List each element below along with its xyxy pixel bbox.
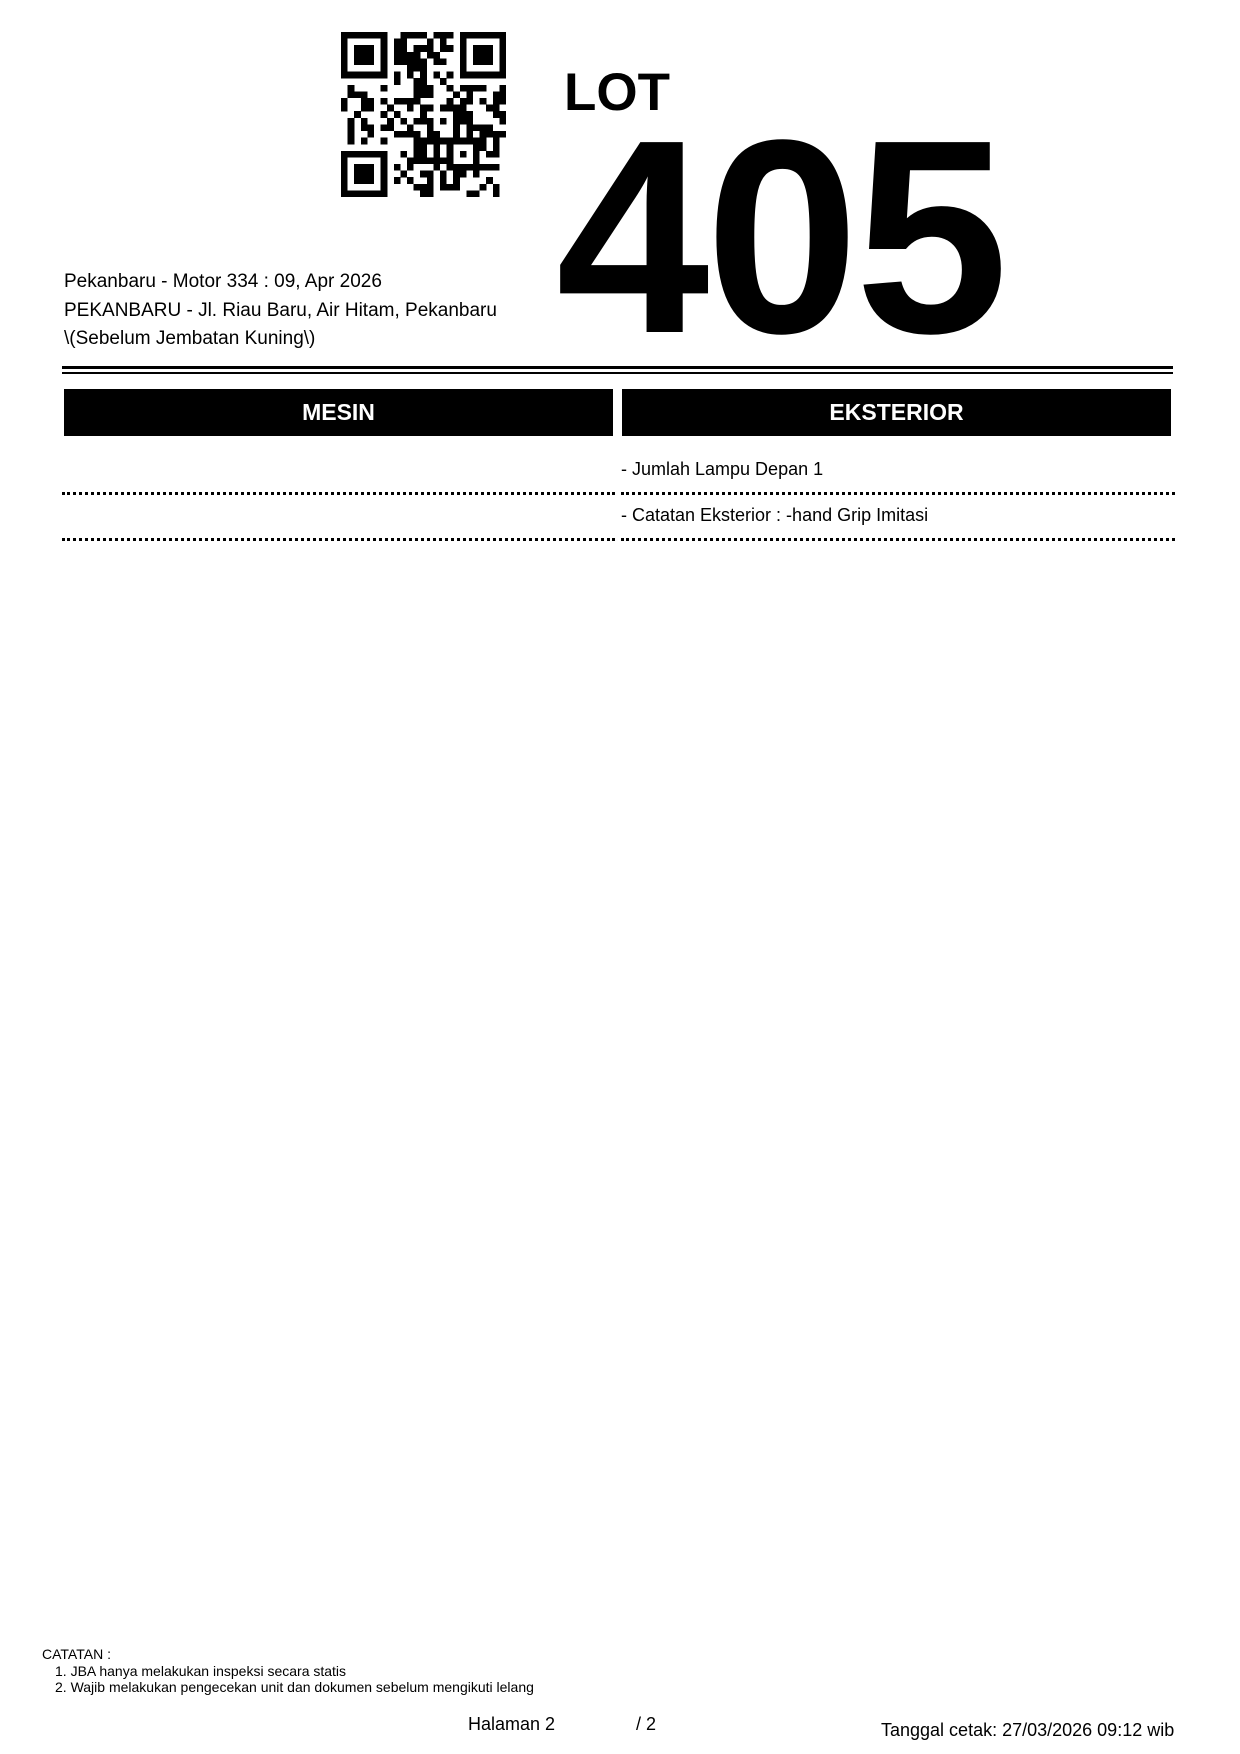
footer-notes: CATATAN : 1. JBA hanya melakukan inspeks… — [42, 1646, 534, 1696]
notes-title: CATATAN : — [42, 1646, 534, 1663]
row-divider — [62, 492, 615, 495]
auction-info: Pekanbaru - Motor 334 : 09, Apr 2026 PEK… — [64, 268, 497, 354]
row-divider — [621, 538, 1175, 541]
eksterior-row: - Jumlah Lampu Depan 1 — [621, 460, 823, 478]
section-title-eksterior: EKSTERIOR — [829, 399, 963, 426]
auction-location: PEKANBARU - Jl. Riau Baru, Air Hitam, Pe… — [64, 297, 497, 326]
page-total: / 2 — [636, 1714, 656, 1735]
auction-title: Pekanbaru - Motor 334 : 09, Apr 2026 — [64, 268, 497, 297]
row-divider — [621, 492, 1175, 495]
qr-code-icon — [341, 32, 506, 197]
note-item: 1. JBA hanya melakukan inspeksi secara s… — [42, 1663, 534, 1680]
section-header-eksterior: EKSTERIOR — [622, 389, 1171, 436]
print-date: Tanggal cetak: 27/03/2026 09:12 wib — [881, 1720, 1174, 1741]
divider-thin — [62, 372, 1173, 374]
divider-thick — [62, 366, 1173, 369]
note-item: 2. Wajib melakukan pengecekan unit dan d… — [42, 1679, 534, 1696]
auction-location-note: \(Sebelum Jembatan Kuning\) — [64, 325, 497, 354]
section-header-mesin: MESIN — [64, 389, 613, 436]
section-title-mesin: MESIN — [302, 399, 375, 426]
row-divider — [62, 538, 615, 541]
lot-number: 405 — [556, 99, 1005, 375]
page-number: Halaman 2 — [468, 1714, 555, 1735]
eksterior-row: - Catatan Eksterior : -hand Grip Imitasi — [621, 506, 928, 524]
